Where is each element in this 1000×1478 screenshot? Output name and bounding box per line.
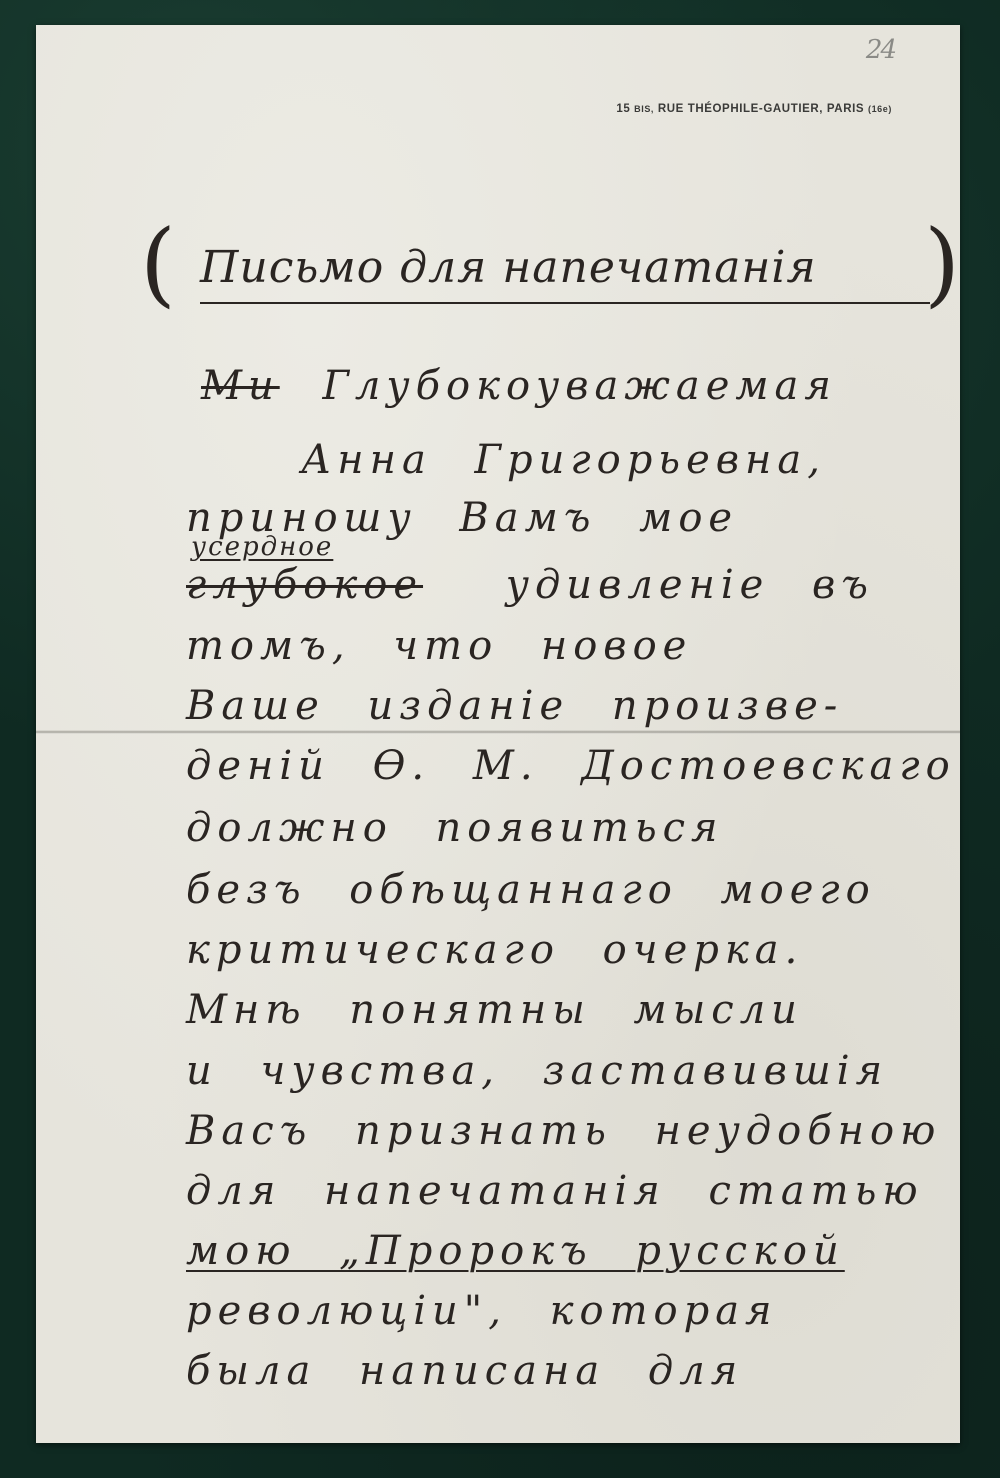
title-text: Письмо для напечатанія	[200, 242, 817, 293]
body-line-2: глубокое удивленіе въ	[186, 562, 936, 622]
body-line-7: безъ обѣщаннаго моего	[186, 867, 936, 927]
greeting-line-2: Анна Григорьевна,	[301, 437, 1000, 497]
body-line-5: деній Ѳ. М. Достоевскаго	[186, 743, 936, 803]
body-line-8: критическаго очерка.	[186, 927, 936, 987]
body-line-9: Мнѣ понятны мысли	[186, 987, 936, 1047]
title-paren-right: )	[924, 210, 960, 317]
letter-title: ( Письмо для напечатанія )	[140, 220, 960, 330]
archive-page-number: 24	[866, 35, 895, 65]
letterhead-bis: BIS,	[634, 104, 654, 114]
letterhead-district: (16e)	[868, 104, 892, 114]
body-line-11: Васъ признать неудобною	[186, 1108, 936, 1168]
letterhead-street: RUE THÉOPHILE-GAUTIER, PARIS	[658, 103, 864, 115]
body-line-10: и чувства, заставившія	[186, 1048, 936, 1108]
body-line-14: революціи", которая	[186, 1288, 936, 1348]
greeting-salutation: Глубокоуважаемая	[322, 363, 836, 409]
letter-page: 24 15 BIS, RUE THÉOPHILE-GAUTIER, PARIS …	[36, 25, 960, 1443]
title-paren-left: (	[140, 210, 176, 317]
body-line-6: должно появиться	[186, 805, 936, 865]
greeting-line-1: Ми Глубокоуважаемая	[201, 363, 951, 423]
struck-word: глубокое	[186, 562, 423, 608]
letterhead-number: 15	[616, 103, 630, 115]
letterhead-address: 15 BIS, RUE THÉOPHILE-GAUTIER, PARIS (16…	[616, 103, 892, 115]
inserted-word: усердное	[191, 532, 333, 562]
body-line-3: томъ, что новое	[186, 623, 936, 683]
title-underline	[200, 302, 930, 304]
body-line-15: была написана для	[186, 1348, 936, 1408]
body-text: удивленіе въ	[506, 562, 874, 608]
body-line-12: для напечатанія статью	[186, 1168, 936, 1228]
body-line-4: Ваше изданіе произве-	[186, 683, 936, 743]
struck-word: Ми	[201, 363, 280, 409]
body-line-13: мою „Пророкъ русской	[186, 1228, 936, 1288]
